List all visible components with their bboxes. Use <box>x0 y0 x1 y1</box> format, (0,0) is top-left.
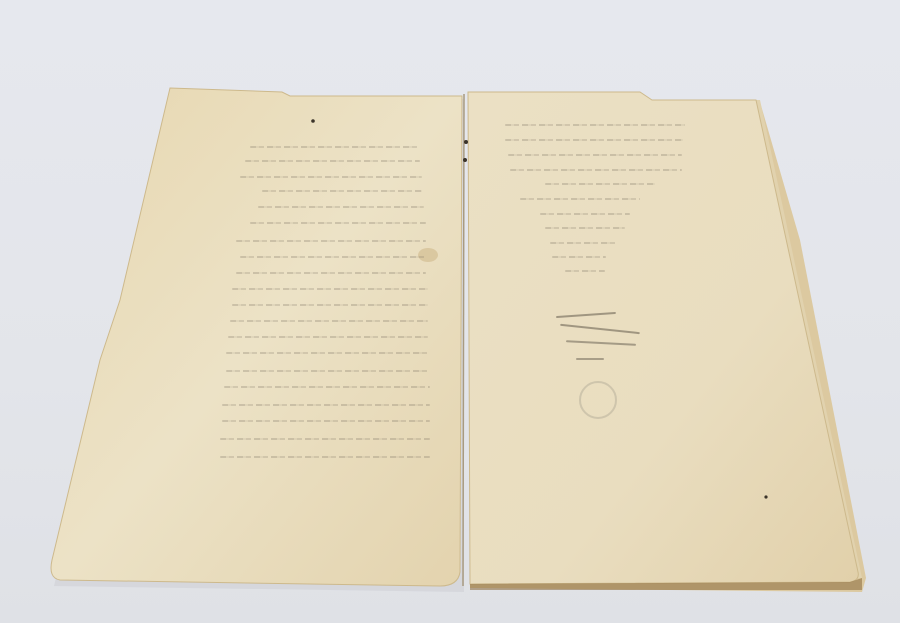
left-page-paper <box>0 0 900 623</box>
photo-scene: Open aged manuscript booklet lying flat … <box>0 0 900 623</box>
left-page <box>0 0 900 623</box>
